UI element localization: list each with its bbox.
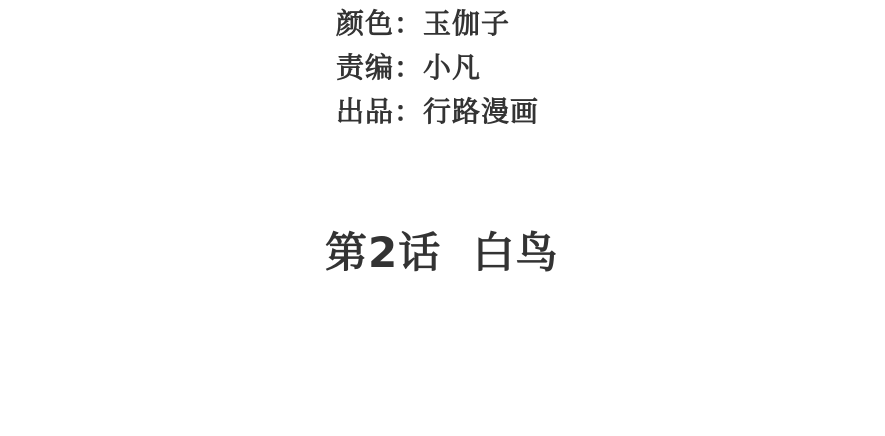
credit-line-color: 颜色：玉伽子 bbox=[336, 2, 539, 46]
credit-line-production: 出品：行路漫画 bbox=[336, 90, 539, 134]
credit-line-editor: 责编：小凡 bbox=[336, 46, 539, 90]
comic-credits-page: 颜色：玉伽子 责编：小凡 出品：行路漫画 第2话 白鸟 bbox=[0, 0, 885, 436]
chapter-title: 第2话 白鸟 bbox=[325, 229, 558, 277]
comic-page: { "page": { "background_color": "#ffffff… bbox=[0, 0, 885, 436]
credits-block: 颜色：玉伽子 责编：小凡 出品：行路漫画 bbox=[336, 2, 539, 134]
